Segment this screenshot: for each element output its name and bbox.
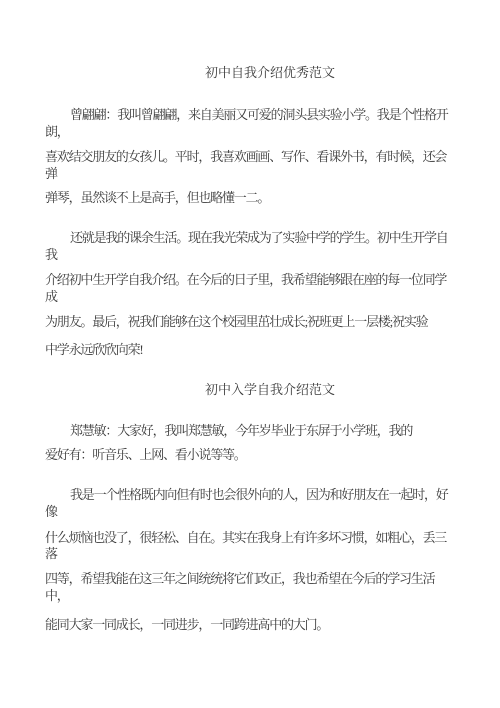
text-line: 喜欢结交朋友的女孩儿。平时，我喜欢画画、写作、看课外书，有时候，还会 (45, 150, 446, 164)
text-line: 落 (45, 547, 57, 561)
text-line: 什么烦恼也没了，很轻松、自在。其实在我身上有许多坏习惯，如粗心，丢三 (45, 531, 446, 545)
text-line: 中学永远欣欣向荣! (45, 343, 143, 357)
text-line: 中， (45, 589, 69, 603)
doc-title: 初中自我介绍优秀范文 (0, 66, 500, 80)
text-line: 弹琴，虽然谈不上是高手，但也略懂一二。 (45, 191, 269, 205)
text-line: 我是一个性格既内向但有时也会很外向的人，因为和好朋友在一起时，好 (70, 488, 448, 502)
text-line: 我 (45, 248, 57, 262)
text-line: 朗， (45, 125, 69, 139)
text-line: 像 (45, 505, 57, 519)
text-line: 曾翩翩：我叫曾翩翩，来自美丽又可爱的洞头县实验小学。我是个性格开 (70, 108, 448, 122)
text-line: 介绍初中生开学自我介绍。在今后的日子里，我希望能够跟在座的每一位同学 (45, 273, 446, 287)
text-line: 郑慧敏：大家好，我叫郑慧敏，今年岁毕业于东屏于小学班，我的 (70, 424, 412, 438)
text-line: 弹 (45, 167, 57, 181)
text-line: 能同大家一同成长，一同进步，一同跨进高中的大门。 (45, 618, 328, 632)
text-line: 成 (45, 290, 57, 304)
document-page: 初中自我介绍优秀范文 曾翩翩：我叫曾翩翩，来自美丽又可爱的洞头县实验小学。我是个… (0, 0, 500, 708)
text-line: 四等，希望我能在这三年之间统统将它们改正，我也希望在今后的学习生活 (45, 572, 434, 586)
document-viewer: { "page": { "background": "#ffffff", "te… (0, 0, 500, 708)
text-line: 为朋友。最后，祝我们能够在这个校园里茁壮成长;祝班更上一层楼;祝实验 (45, 315, 427, 329)
doc-section-title: 初中入学自我介绍范文 (0, 383, 500, 397)
text-line: 还就是我的课余生活。现在我光荣成为了实验中学的学生。初中生开学自 (70, 231, 448, 245)
text-line: 爱好有：听音乐、上网、看小说等等。 (45, 448, 246, 462)
